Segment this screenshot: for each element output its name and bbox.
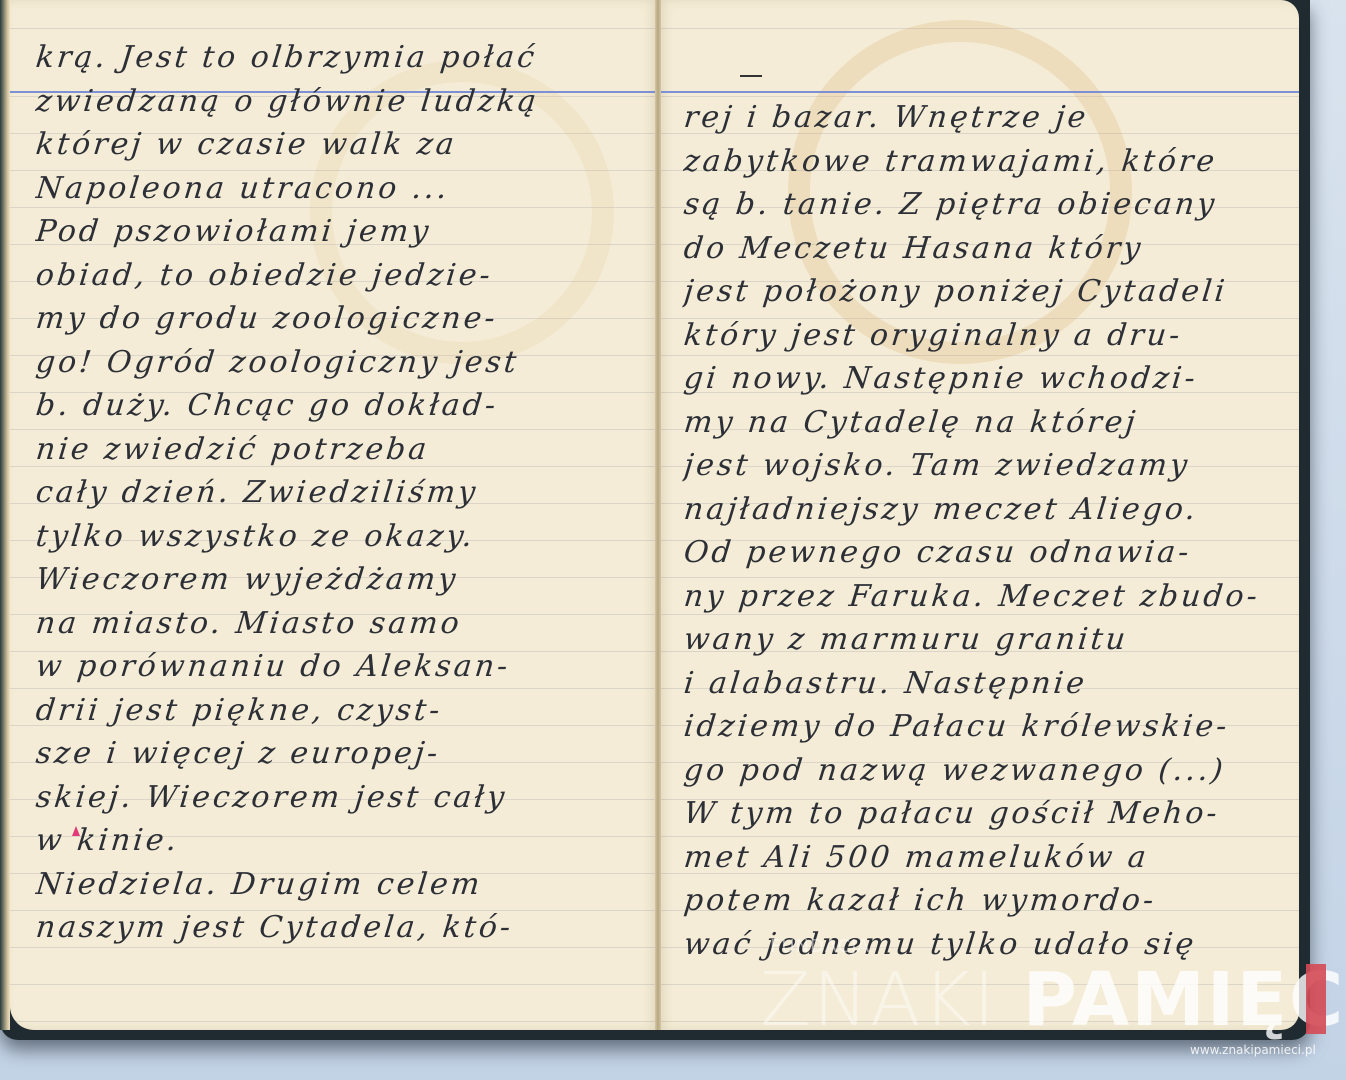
handwritten-line: są b. tanie. Z piętra obiecany — [682, 187, 1287, 222]
handwritten-line: my na Cytadelę na której — [682, 405, 1287, 440]
handwritten-line: gi nowy. Następnie wchodzi- — [682, 361, 1287, 396]
handwritten-line: met Ali 500 mameluków a — [682, 840, 1287, 875]
book-gutter — [655, 0, 661, 1030]
handwritten-line: go pod nazwą wezwanego (...) — [682, 753, 1287, 788]
watermark-word-znaki: ZNAKI — [760, 957, 997, 1043]
handwritten-line: skiej. Wieczorem jest cały — [34, 780, 646, 815]
watermark-word-pamieci: PAMIĘCI — [1023, 957, 1346, 1043]
handwritten-line: Pod pszowiołami jemy — [34, 214, 646, 249]
handwritten-line: nie zwiedzić potrzeba — [34, 432, 646, 467]
dash-mark — [740, 75, 762, 77]
handwritten-line: obiad, to obiedzie jedzie- — [34, 258, 646, 293]
watermark-url: www.znakipamieci.pl — [1190, 1043, 1316, 1057]
handwritten-line: której w czasie walk za — [34, 127, 646, 162]
watermark-small-text: FUNDACJA — [770, 936, 870, 957]
handwritten-line: tylko wszystko ze okazy. — [34, 519, 646, 554]
handwritten-line: do Meczetu Hasana który — [682, 231, 1287, 266]
watermark-accent-bar — [1306, 964, 1326, 1034]
handwritten-line: i alabastru. Następnie — [682, 666, 1287, 701]
handwritten-line: b. duży. Chcąc go dokład- — [34, 388, 646, 423]
handwritten-line: najładniejszy meczet Aliego. — [682, 492, 1287, 527]
page-stack-edge — [0, 0, 10, 1030]
handwritten-line: go! Ogród zoologiczny jest — [34, 345, 646, 380]
handwritten-line: Wieczorem wyjeżdżamy — [34, 562, 646, 597]
handwritten-line: sze i więcej z europej- — [34, 736, 646, 771]
top-rule-line — [658, 91, 1299, 93]
right-page: rej i bazar. Wnętrze jezabytkowe tramwaj… — [658, 0, 1299, 1030]
handwritten-line: zabytkowe tramwajami, które — [682, 144, 1287, 179]
handwritten-line: cały dzień. Zwiedziliśmy — [34, 475, 646, 510]
handwritten-line: na miasto. Miasto samo — [34, 606, 646, 641]
watermark-logo: ZNAKI PAMIĘCI — [760, 963, 1346, 1037]
handwritten-line: krą. Jest to olbrzymia połać — [34, 40, 646, 75]
handwritten-line: Napoleona utracono ... — [34, 171, 646, 206]
handwritten-line: jest położony poniżej Cytadeli — [682, 274, 1287, 309]
handwritten-line: który jest oryginalny a dru- — [682, 318, 1287, 353]
handwritten-line: rej i bazar. Wnętrze je — [682, 100, 1287, 135]
handwritten-line: Od pewnego czasu odnawia- — [682, 535, 1287, 570]
handwritten-line: potem kazał ich wymordo- — [682, 883, 1287, 918]
handwritten-line: idziemy do Pałacu królewskie- — [682, 709, 1287, 744]
handwritten-line: ny przez Faruka. Meczet zbudo- — [682, 579, 1287, 614]
handwritten-line: zwiedzaną o głównie ludzką — [34, 84, 646, 119]
handwritten-line: my do grodu zoologiczne- — [34, 301, 646, 336]
left-page: krą. Jest to olbrzymia połaćzwiedzaną o … — [10, 0, 658, 1030]
handwritten-line: drii jest piękne, czyst- — [34, 693, 646, 728]
handwritten-line: wany z marmuru granitu — [682, 622, 1287, 657]
handwritten-line: w kinie. — [34, 823, 646, 858]
handwritten-line: W tym to pałacu gościł Meho- — [682, 796, 1287, 831]
handwritten-line: jest wojsko. Tam zwiedzamy — [682, 448, 1287, 483]
handwritten-line: w porównaniu do Aleksan- — [34, 649, 646, 684]
handwritten-line: naszym jest Cytadela, któ- — [34, 910, 646, 945]
notebook-scan: krą. Jest to olbrzymia połaćzwiedzaną o … — [0, 0, 1346, 1080]
handwritten-line: Niedziela. Drugim celem — [34, 867, 646, 902]
